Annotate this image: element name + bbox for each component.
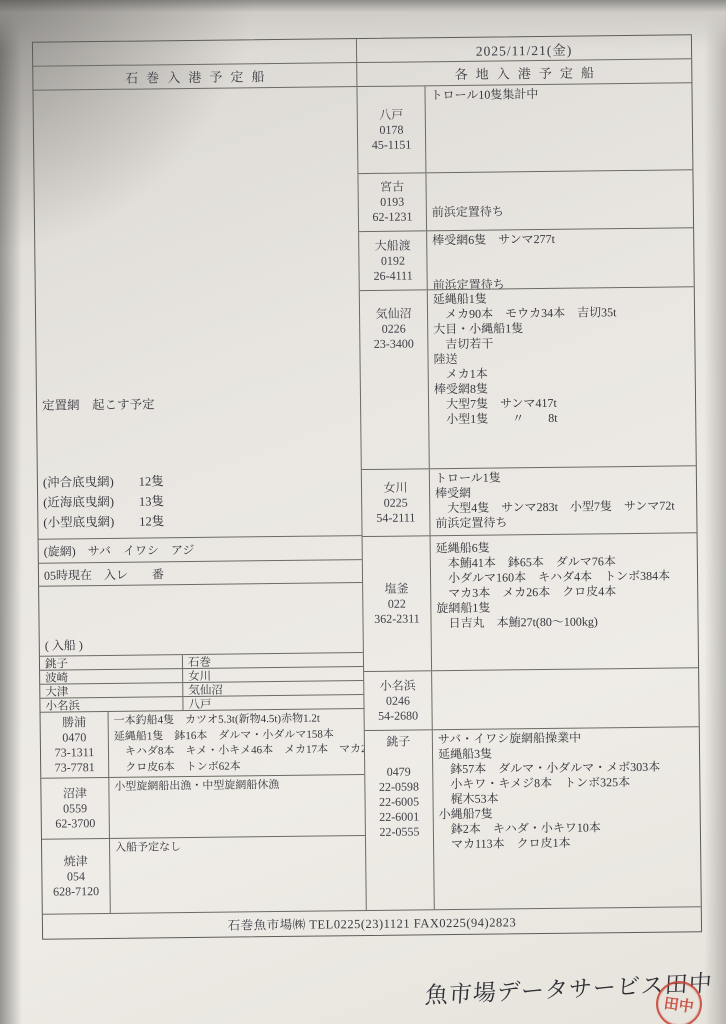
teichi-note: 定置網 起こす予定 [42,394,155,413]
text-line: 0470 [62,730,86,745]
fax-table: 2025/11/21(金) 石巻入港予定船 各地入港予定船 定置網 起こす予定 … [32,34,702,939]
port-section-choshi: 銚子047922-059822-600522-600122-0555 サバ・イワ… [365,726,701,910]
text-line: 23-3400 [374,336,414,351]
port-phone: 宮古019362-1231 [358,173,427,231]
text-line: 22-6001 [379,809,419,824]
text-line: (近海底曳網) 13隻 [43,491,164,512]
handwritten-signature: 魚市場データサービス田中 [424,967,666,1011]
stamp-text: 田中 [663,992,696,1017]
top-empty-cell [33,39,357,66]
text-line: 0559 [63,801,87,816]
port-report: 棒受網6隻 サンマ277t前浜定置待ち [427,228,694,289]
text-line: (沖合底曳網) 12隻 [43,471,164,492]
port-section-yaizu: 焼津054628-7120 入船予定なし [42,835,366,914]
text-line: 大船渡 [375,238,411,253]
text-line: 45-1151 [372,137,412,152]
text-line: 気仙沼 [375,306,411,321]
makiami-row: (旋網) サバ イワシ アジ [39,535,362,563]
text-line: 0225 [384,495,408,510]
port-section-ofunato: 大船渡019226-4111 棒受網6隻 サンマ277t前浜定置待ち [359,227,694,290]
port-phone: 八戸017845-1151 [357,86,426,173]
port-section-hachinohe: 八戸017845-1151 トロール10隻集計中 [357,83,692,173]
nyusen-label: ( 入船 ) [45,636,83,653]
port-report [432,668,699,729]
port-phone: 塩釜022362-2311 [363,536,433,671]
port-phone: 銚子047922-059822-600522-600122-0555 [365,730,435,910]
ishinomaki-main-cell: 定置網 起こす予定 (沖合底曳網) 12隻(近海底曳網) 13隻(小型底曳網) … [33,87,361,539]
text-line: 焼津 [64,854,88,869]
port-phone: 大船渡019226-4111 [359,231,428,290]
text-line: 前浜定置待ち [432,202,691,220]
port-section-kesennuma: 気仙沼022623-3400 延縄船1隻 メカ90本 モウカ34本 吉切35t大… [360,286,696,469]
text-line: 73-7781 [55,760,95,775]
text-line: 022 [388,596,406,611]
text-line: 0226 [382,322,406,337]
port-section-onagawa: 女川022554-2111 トロール1隻棒受網 大型4隻 サンマ283t 小型7… [362,465,697,536]
port-phone: 勝浦047073-131173-7781 [41,712,110,778]
nyusen-cell: ( 入船 ) [39,582,363,656]
ishinomaki-column: 定置網 起こす予定 (沖合底曳網) 12隻(近海底曳網) 13隻(小型底曳網) … [33,87,366,914]
port-phone: 女川022554-2111 [362,469,431,536]
port-report: 一本釣船4隻 カツオ5.3t(新物4.5t)赤物1.2t延縄船1隻 鉢16本 ダ… [109,709,365,777]
text-line: 0246 [386,693,410,708]
text-line: 0192 [381,253,405,268]
port-section-onahama: 小名浜024654-2680 [364,667,699,730]
text-line: 62-1231 [372,209,412,224]
text-line: 54-2111 [376,510,415,525]
port-phone: 小名浜024654-2680 [364,671,433,730]
text-line: 0479 [387,765,411,780]
ports-column: 八戸017845-1151 トロール10隻集計中 宮古019362-1231 前… [357,83,700,910]
text-line: 女川 [383,480,407,495]
left-column-title: 石巻入港予定船 [33,63,357,90]
port-section-katsuura: 勝浦047073-131173-7781 一本釣船4隻 カツオ5.3t(新物4.… [41,708,365,778]
text-line: クロ皮6本 トンボ62本 [114,758,362,776]
port-report: 延縄船6隻 本鮪41本 鉢65本 ダルマ76本 小ダルマ160本 キハダ4本 ト… [431,533,699,670]
text-line: 勝浦 [62,715,86,730]
scanned-page: 2025/11/21(金) 石巻入港予定船 各地入港予定船 定置網 起こす予定 … [0,0,726,1024]
text-line: 73-1311 [55,745,95,760]
table-body: 定置網 起こす予定 (沖合底曳網) 12隻(近海底曳網) 13隻(小型底曳網) … [33,83,700,913]
text-line: 小名浜 [380,678,416,693]
text-line: 小型1隻 〃 8t [434,409,693,427]
text-line: 62-3700 [55,816,95,831]
port-report: 入船予定なし [110,836,366,913]
port-section-miyako: 宮古019362-1231 前浜定置待ち [358,169,693,231]
text-line: 宮古 [380,180,404,195]
port-report: 前浜定置待ち [426,170,693,230]
text-line: 054 [67,869,85,884]
port-report: トロール10隻集計中 [425,83,692,172]
port-section-shiogama: 塩釜022362-2311 延縄船6隻 本鮪41本 鉢65本 ダルマ76本 小ダ… [363,532,699,671]
text-line: 362-2311 [374,611,420,627]
right-column-title: 各地入港予定船 [357,59,691,86]
text-line: 前浜定置待ち [435,513,694,531]
text-line: 22-0598 [379,779,419,794]
port-section-numazu: 沼津055962-3700 小型旋網船出漁・中型旋網船休漁 [41,774,365,839]
text-line: 塩釜 [385,581,409,596]
text-line: 54-2680 [378,708,418,723]
port-report: トロール1隻棒受網 大型4隻 サンマ283t 小型7隻 サンマ72t前浜定置待ち [430,466,697,535]
text-line: 26-4111 [373,268,412,283]
port-report: サバ・イワシ旋網船操業中延縄船3隻 鉢57本 ダルマ・小ダルマ・メボ303本 小… [433,727,701,909]
port-phone: 沼津055962-3700 [41,778,110,839]
text-line: 小型旋網船出漁・中型旋網船休漁 [114,777,362,795]
text-line: 22-0555 [379,824,419,839]
text-line: 沼津 [63,786,87,801]
text-line: 22-6005 [379,794,419,809]
trawl-counts: (沖合底曳網) 12隻(近海底曳網) 13隻(小型底曳網) 12隻 [43,471,165,532]
text-line: (小型底曳網) 12隻 [43,511,164,532]
text-line: 0193 [380,195,404,210]
text-line: 八戸 [379,107,403,122]
text-line: マカ113本 クロ皮1本 [439,834,698,852]
date-text: 2025/11/21(金) [357,35,691,62]
port-report: 小型旋網船出漁・中型旋網船休漁 [109,775,365,838]
text-line: 日吉丸 本鮪27t(80〜100kg) [436,613,695,631]
text-line: トロール10隻集計中 [430,85,689,103]
port-report: 延縄船1隻 メカ90本 モウカ34本 吉切35t大目・小縄船1隻 吉切若干陸送 … [428,287,696,468]
port-phone: 焼津054628-7120 [42,839,111,914]
port-phone: 気仙沼022623-3400 [360,290,430,469]
text-line: 入船予定なし [115,838,363,856]
text-line: 0178 [379,122,403,137]
text-line: 銚子 [386,735,410,750]
text-line: 628-7120 [53,884,99,900]
